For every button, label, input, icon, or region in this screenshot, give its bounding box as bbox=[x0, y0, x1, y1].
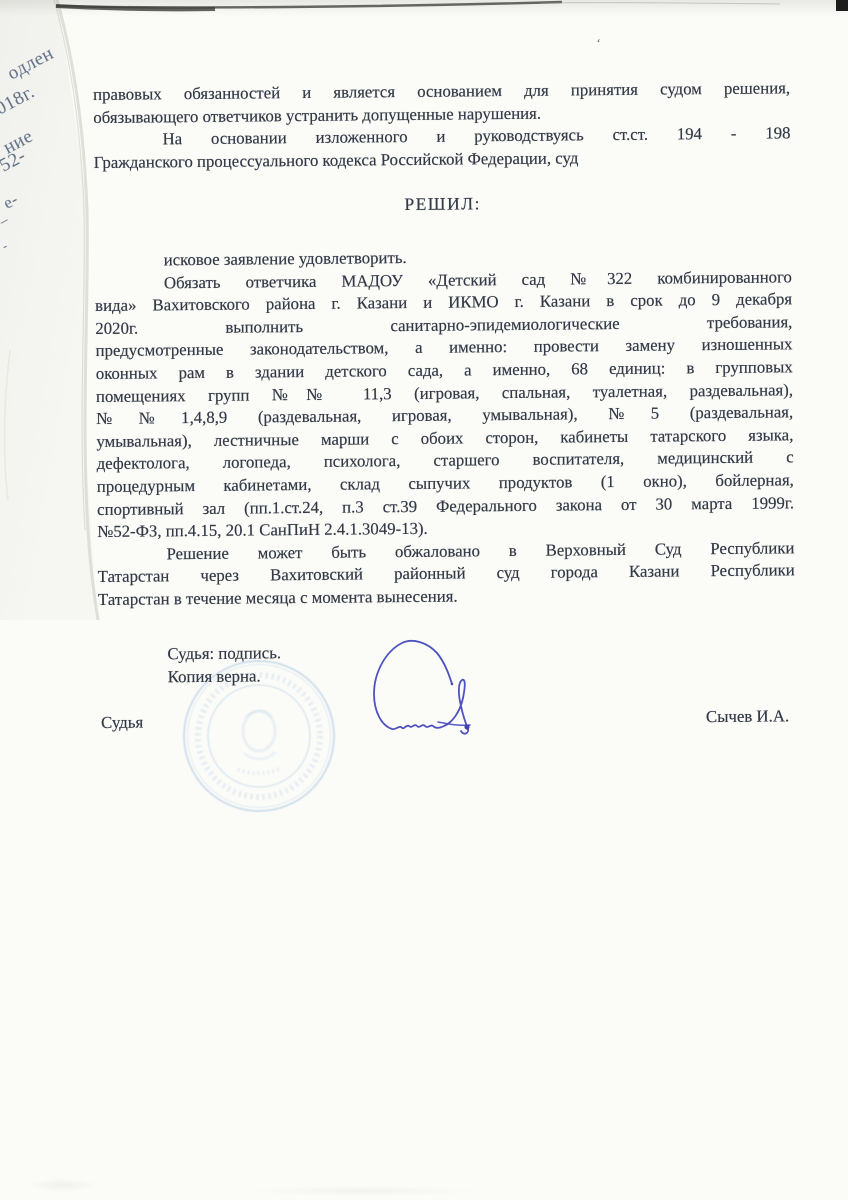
body-lines: правовых обязанностей и является основан… bbox=[93, 77, 795, 611]
scan-smudge bbox=[248, 1186, 478, 1196]
scan-top-edge-artifact bbox=[0, 0, 848, 16]
scanned-court-decision-page: одлен 018г. ние 52- е- – - ʻ правовых об… bbox=[0, 0, 848, 1200]
judge-label: Судья bbox=[101, 711, 143, 734]
corner-notch bbox=[836, 0, 848, 11]
decision-heading: РЕШИЛ: bbox=[94, 190, 791, 219]
signature-ink bbox=[368, 636, 486, 744]
judge-name: Сычев И.А. bbox=[706, 705, 789, 728]
scan-smudge bbox=[28, 1178, 98, 1192]
stray-pen-mark: ʻ bbox=[594, 36, 602, 52]
